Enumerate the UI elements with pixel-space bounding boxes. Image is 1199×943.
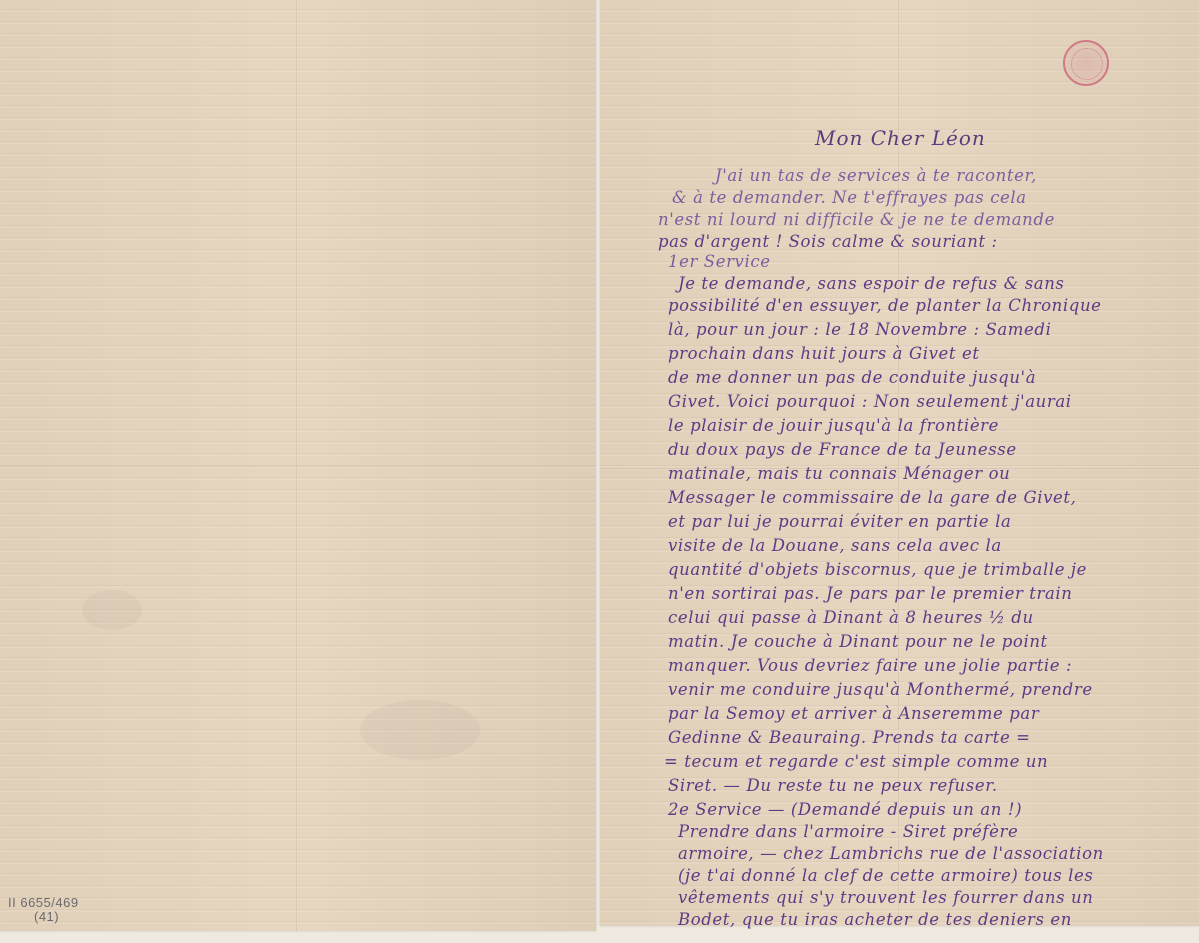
salutation: Mon Cher Léon bbox=[815, 126, 986, 150]
letter-line: (je t'ai donné la clef de cette armoire)… bbox=[678, 866, 1093, 886]
letter-line: matin. Je couche à Dinant pour ne le poi… bbox=[668, 632, 1048, 652]
letter-line: pas d'argent ! Sois calme & souriant : bbox=[658, 232, 998, 252]
letter-line: n'est ni lourd ni difficile & je ne te d… bbox=[658, 210, 1055, 230]
ink-bleed-mark bbox=[360, 700, 480, 760]
letter-line: Gedinne & Beauraing. Prends ta carte = bbox=[668, 728, 1031, 748]
archive-reference: II 6655/469 (41) bbox=[8, 896, 79, 924]
letter-line: là, pour un jour : le 18 Novembre : Same… bbox=[668, 320, 1051, 340]
letter-line: Prendre dans l'armoire - Siret préfère bbox=[678, 822, 1018, 842]
archive-reference-number: II 6655/469 bbox=[8, 895, 79, 910]
letter-line: Je te demande, sans espoir de refus & sa… bbox=[678, 274, 1065, 294]
letter-line: visite de la Douane, sans cela avec la bbox=[668, 536, 1002, 556]
left-page bbox=[0, 0, 596, 931]
letter-line: J'ai un tas de services à te raconter, bbox=[715, 166, 1037, 186]
archive-reference-sub: (41) bbox=[8, 910, 79, 924]
letter-line: celui qui passe à Dinant à 8 heures ½ du bbox=[668, 608, 1034, 628]
scan-background: II 6655/469 (41) Mon Cher Léon J'ai un t… bbox=[0, 0, 1199, 943]
letter-line: venir me conduire jusqu'à Monthermé, pre… bbox=[668, 680, 1093, 700]
letter-line: prochain dans huit jours à Givet et bbox=[668, 344, 980, 364]
horizontal-fold bbox=[0, 466, 596, 468]
letter-line: le plaisir de jouir jusqu'à la frontière bbox=[668, 416, 999, 436]
ink-bleed-mark bbox=[82, 590, 142, 630]
letter-line: Givet. Voici pourquoi : Non seulement j'… bbox=[668, 392, 1072, 412]
letter-line: = tecum et regarde c'est simple comme un bbox=[664, 752, 1048, 772]
section-heading: 2e Service — (Demandé depuis un an !) bbox=[668, 800, 1022, 820]
letter-body: Mon Cher Léon J'ai un tas de services à … bbox=[600, 0, 1199, 926]
letter-line: armoire, — chez Lambrichs rue de l'assoc… bbox=[678, 844, 1104, 864]
letter-line: matinale, mais tu connais Ménager ou bbox=[668, 464, 1010, 484]
letter-line: Siret. — Du reste tu ne peux refuser. bbox=[668, 776, 998, 796]
letter-line: Bodet, que tu iras acheter de tes denier… bbox=[678, 910, 1072, 930]
letter-line: possibilité d'en essuyer, de planter la … bbox=[668, 296, 1102, 316]
letter-line: n'en sortirai pas. Je pars par le premie… bbox=[668, 584, 1073, 604]
letter-line: manquer. Vous devriez faire une jolie pa… bbox=[668, 656, 1072, 676]
letter-line: du doux pays de France de ta Jeunesse bbox=[668, 440, 1017, 460]
letter-line: et par lui je pourrai éviter en partie l… bbox=[668, 512, 1011, 532]
letter-line: de me donner un pas de conduite jusqu'à bbox=[668, 368, 1036, 388]
letter-line: & à te demander. Ne t'effrayes pas cela bbox=[672, 188, 1027, 208]
letter-line: par la Semoy et arriver à Anseremme par bbox=[668, 704, 1039, 724]
letter-line: vêtements qui s'y trouvent les fourrer d… bbox=[678, 888, 1094, 908]
letter-line: quantité d'objets biscornus, que je trim… bbox=[668, 560, 1087, 580]
section-heading: 1er Service bbox=[668, 252, 771, 272]
letter-line: Messager le commissaire de la gare de Gi… bbox=[668, 488, 1077, 508]
